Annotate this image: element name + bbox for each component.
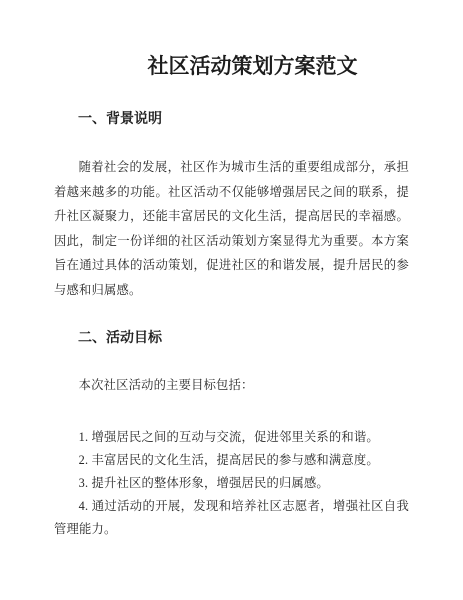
- goals-list: 1. 增强居民之间的互动与交流，促进邻里关系的和谐。 2. 丰富居民的文化生活，…: [54, 426, 409, 541]
- goal-item-1: 1. 增强居民之间的互动与交流，促进邻里关系的和谐。: [54, 426, 409, 449]
- document-page: 社区活动策划方案范文 一、背景说明 随着社会的发展，社区作为城市生活的重要组成部…: [0, 0, 463, 600]
- goal-item-2: 2. 丰富居民的文化生活，提高居民的参与感和满意度。: [54, 449, 409, 472]
- section-heading-goals: 二、活动目标: [54, 325, 409, 349]
- background-paragraph: 随着社会的发展，社区作为城市生活的重要组成部分，承担着越来越多的功能。社区活动不…: [54, 155, 409, 302]
- section-heading-background: 一、背景说明: [54, 106, 409, 130]
- goal-item-3: 3. 提升社区的整体形象，增强居民的归属感。: [54, 472, 409, 495]
- document-title: 社区活动策划方案范文: [54, 52, 409, 82]
- goal-item-4: 4. 通过活动的开展，发现和培养社区志愿者，增强社区自我管理能力。: [54, 495, 409, 541]
- goals-intro-paragraph: 本次社区活动的主要目标包括：: [54, 373, 409, 398]
